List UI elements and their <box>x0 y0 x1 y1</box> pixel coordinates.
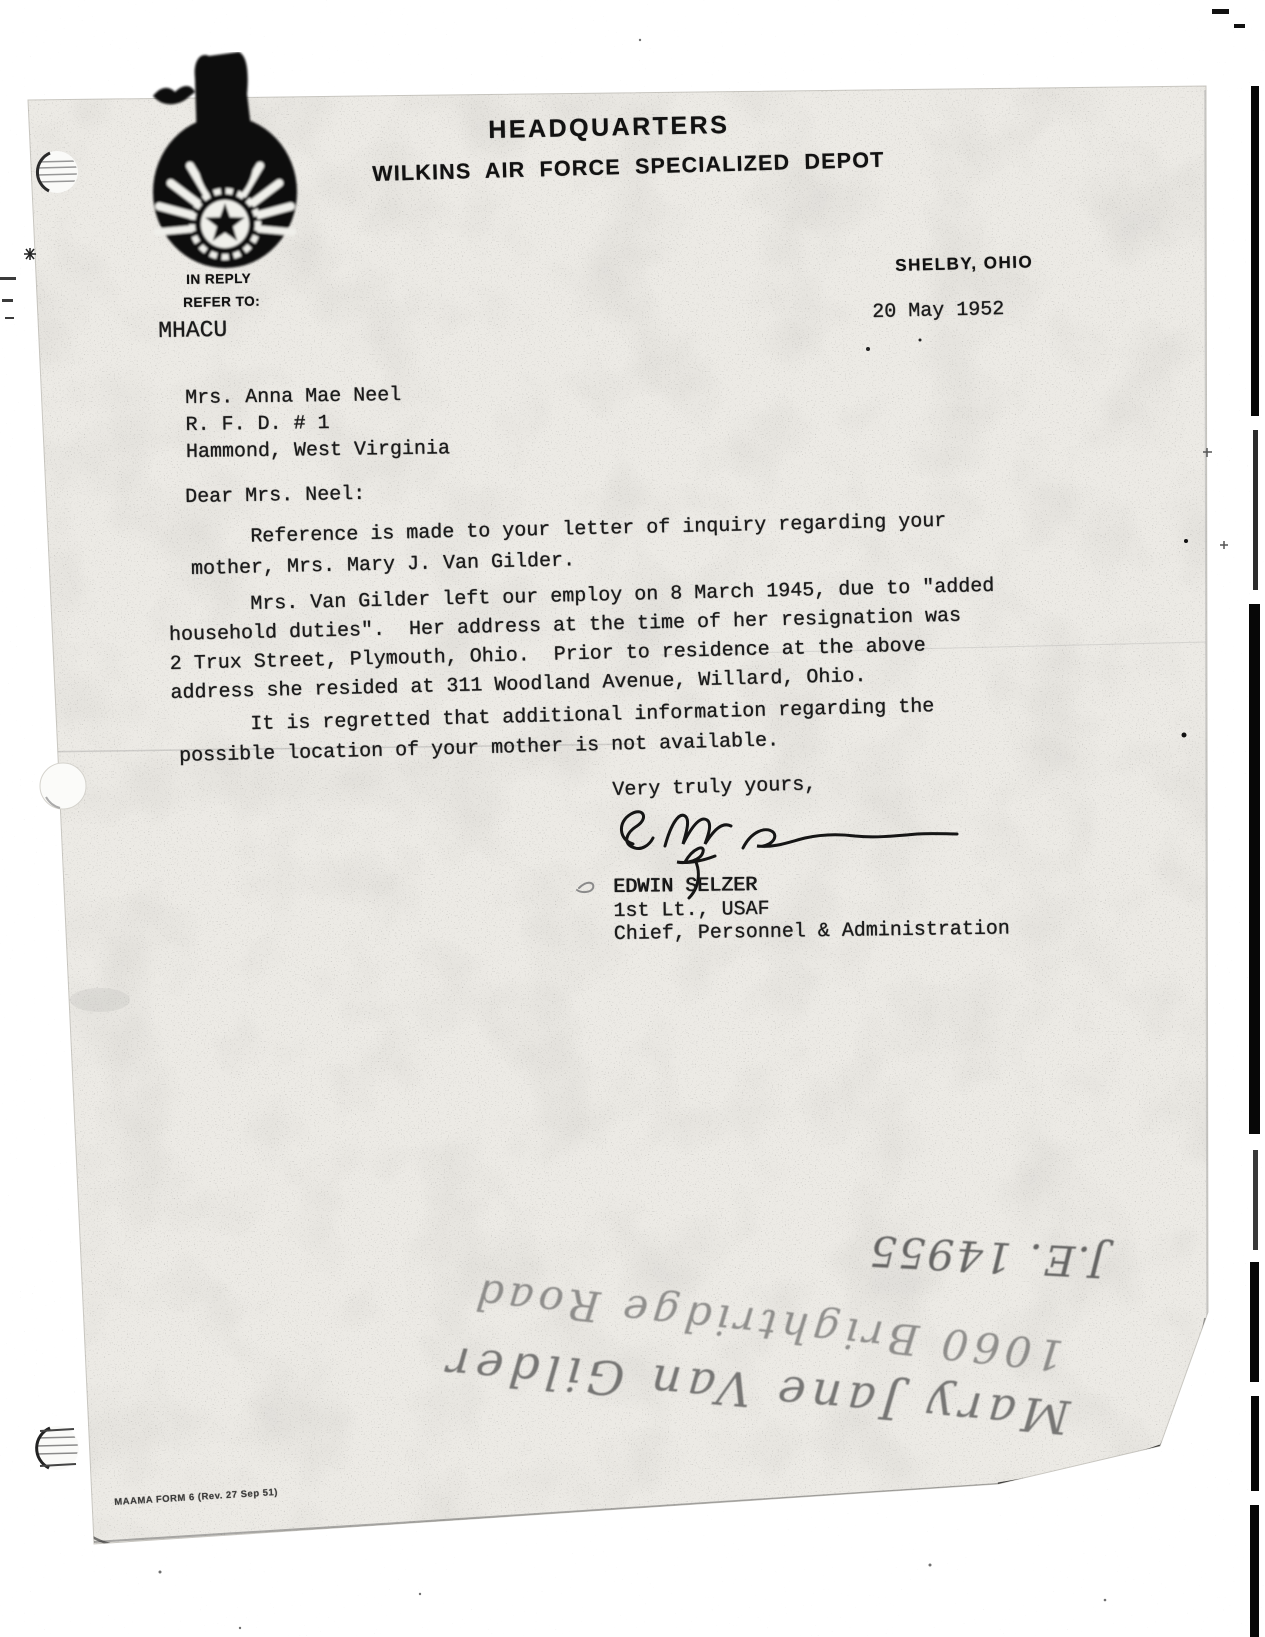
recipient-line2: R. F. D. # 1 <box>185 408 449 439</box>
reference-code: MHACU <box>158 317 227 344</box>
refer-to-label: REFER TO: <box>183 294 260 310</box>
recipient-line3: Hammond, West Virginia <box>186 435 450 466</box>
scanned-letter-page: HEADQUARTERS WILKINS AIR FORCE SPECIALIZ… <box>0 0 1265 1637</box>
letterhead-headquarters: HEADQUARTERS <box>488 111 730 145</box>
body-paragraph-2: Mrs. Van Gilder left our employ on 8 Mar… <box>168 572 997 708</box>
salutation: Dear Mrs. Neel: <box>185 483 365 509</box>
letter-date: 20 May 1952 <box>872 298 1005 324</box>
in-reply-label: IN REPLY <box>186 271 251 287</box>
punch-hole-top <box>36 151 78 193</box>
recipient-address-block: Mrs. Anna Mae Neel R. F. D. # 1 Hammond,… <box>185 381 450 466</box>
air-force-winged-star-emblem <box>145 52 310 302</box>
signature-block: EDWIN SELZER 1st Lt., USAF Chief, Person… <box>613 870 1010 946</box>
ink-blot <box>195 52 254 196</box>
faint-pencil-mark <box>577 883 593 892</box>
recipient-name: Mrs. Anna Mae Neel <box>185 381 449 412</box>
letterhead-location: SHELBY, OHIO <box>895 252 1033 276</box>
ink-speck <box>153 86 195 104</box>
punch-hole-middle <box>40 763 86 809</box>
